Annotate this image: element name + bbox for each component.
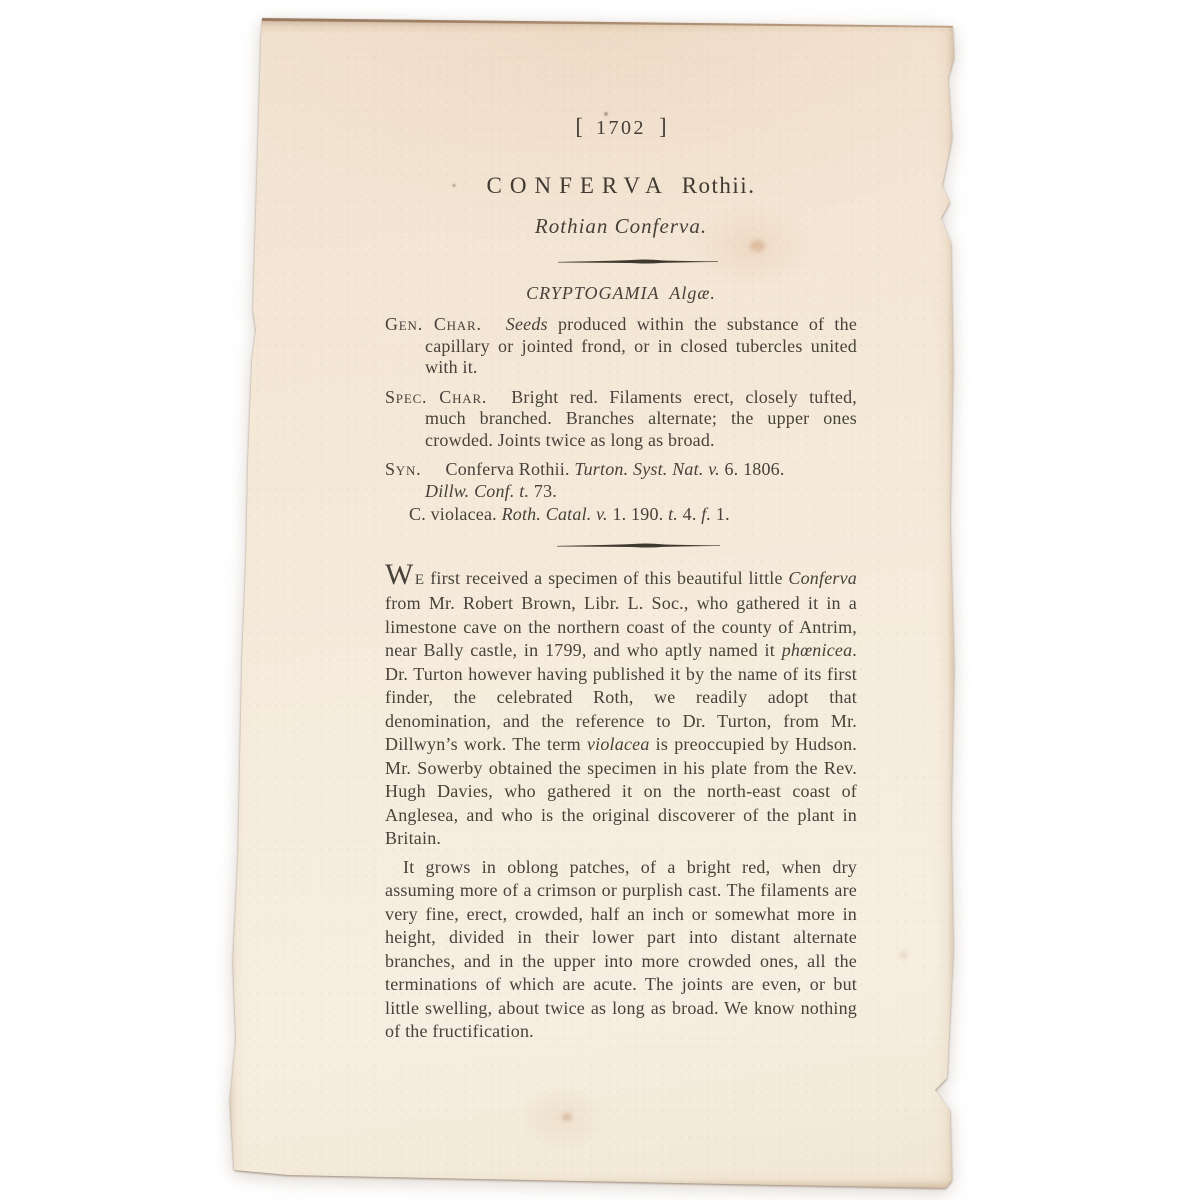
genus-name: CONFERVA [487, 173, 670, 198]
specific-character: Spec. Char.Bright red. Filaments erect, … [385, 387, 857, 452]
page-number-close-bracket: ] [659, 114, 667, 139]
body-paragraph-1-text: WE first received a specimen of this bea… [385, 568, 857, 849]
page-number-open-bracket: [ [575, 114, 583, 139]
body-paragraph-2-text: It grows in oblong patches, of a bright … [385, 857, 857, 1042]
tapered-rule-icon [557, 541, 720, 550]
synonym-violacea: C. violacea. Roth. Catal. v. 1. 190. t. … [385, 504, 857, 526]
gen-char-label: Gen. Char. [385, 314, 482, 334]
generic-character: Gen. Char.Seeds produced within the subs… [385, 314, 857, 379]
taxonomy-class-heading: CRYPTOGAMIA Algæ. [385, 283, 857, 304]
text-block: [1702] CONFERVARothii. Rothian Conferva.… [385, 18, 857, 1044]
divider-ornament-middle [385, 541, 857, 550]
spec-char-text: Bright red. Filaments erect, closely tuf… [425, 387, 857, 450]
divider-ornament-top [385, 257, 857, 266]
violacea-text: C. violacea. Roth. Catal. v. 1. 190. t. … [409, 504, 730, 524]
species-title: CONFERVARothii. [385, 173, 857, 199]
spec-char-label: Spec. Char. [385, 387, 487, 407]
body-paragraph-2: It grows in oblong patches, of a bright … [385, 856, 857, 1044]
fox-spot [562, 1113, 572, 1121]
syn-text: Conferva Rothii. Turton. Syst. Nat. v. 6… [425, 459, 785, 501]
synonyms: Syn.Conferva Rothii. Turton. Syst. Nat. … [385, 459, 857, 502]
page-number-digits: 1702 [596, 117, 646, 139]
common-name: Rothian Conferva. [385, 214, 857, 239]
fox-spot [900, 952, 907, 958]
scanned-page: [1702] CONFERVARothii. Rothian Conferva.… [228, 18, 955, 1188]
paper-sheet: [1702] CONFERVARothii. Rothian Conferva.… [228, 18, 955, 1188]
gen-char-text: Seeds produced within the substance of t… [425, 314, 857, 377]
syn-label: Syn. [385, 459, 422, 479]
species-epithet: Rothii. [682, 173, 756, 198]
tapered-rule-icon [558, 257, 718, 266]
scan-background: [1702] CONFERVARothii. Rothian Conferva.… [0, 0, 1200, 1200]
body-paragraph-1: WE first received a specimen of this bea… [385, 567, 857, 851]
page-number: [1702] [385, 114, 857, 140]
